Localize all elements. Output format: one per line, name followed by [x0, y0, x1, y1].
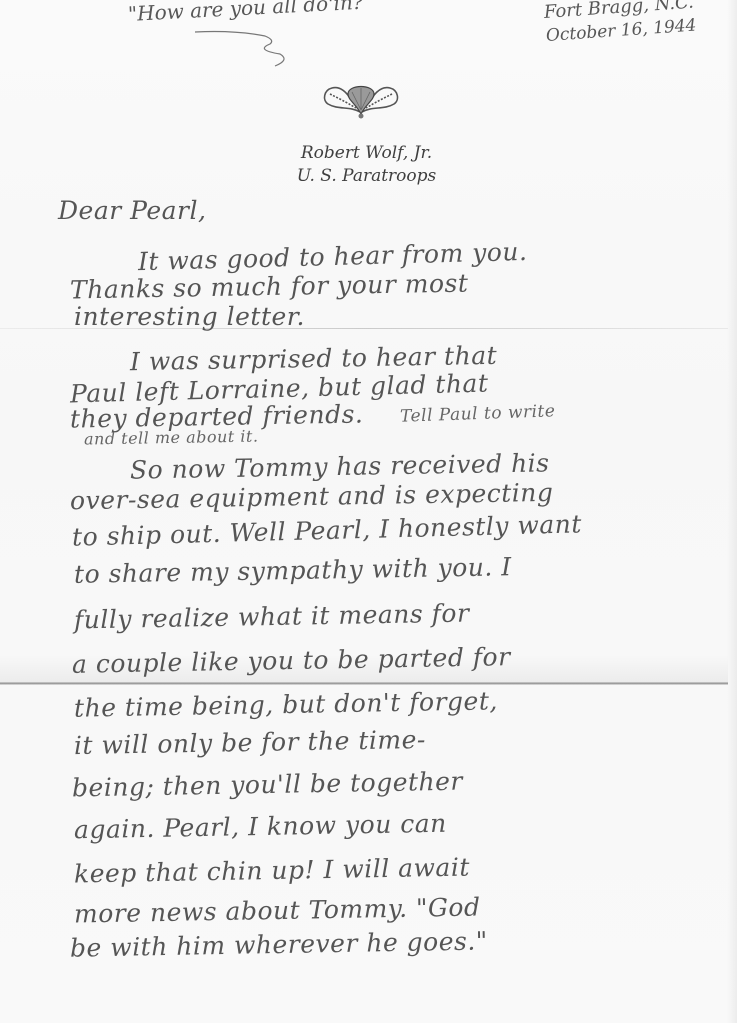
letter-line: it will only be for the time-	[74, 725, 426, 760]
letterhead-name: Robert Wolf, Jr.	[0, 143, 735, 163]
parachutist-wings-icon	[320, 80, 402, 122]
flourish-icon	[195, 30, 315, 70]
letter-line: interesting letter.	[74, 302, 305, 331]
letter-insert: and tell me about it.	[84, 426, 259, 448]
fold-crease-middle	[0, 682, 728, 685]
salutation: Dear Pearl,	[58, 196, 206, 225]
letterhead-organization: U. S. Paratroops	[0, 166, 735, 186]
